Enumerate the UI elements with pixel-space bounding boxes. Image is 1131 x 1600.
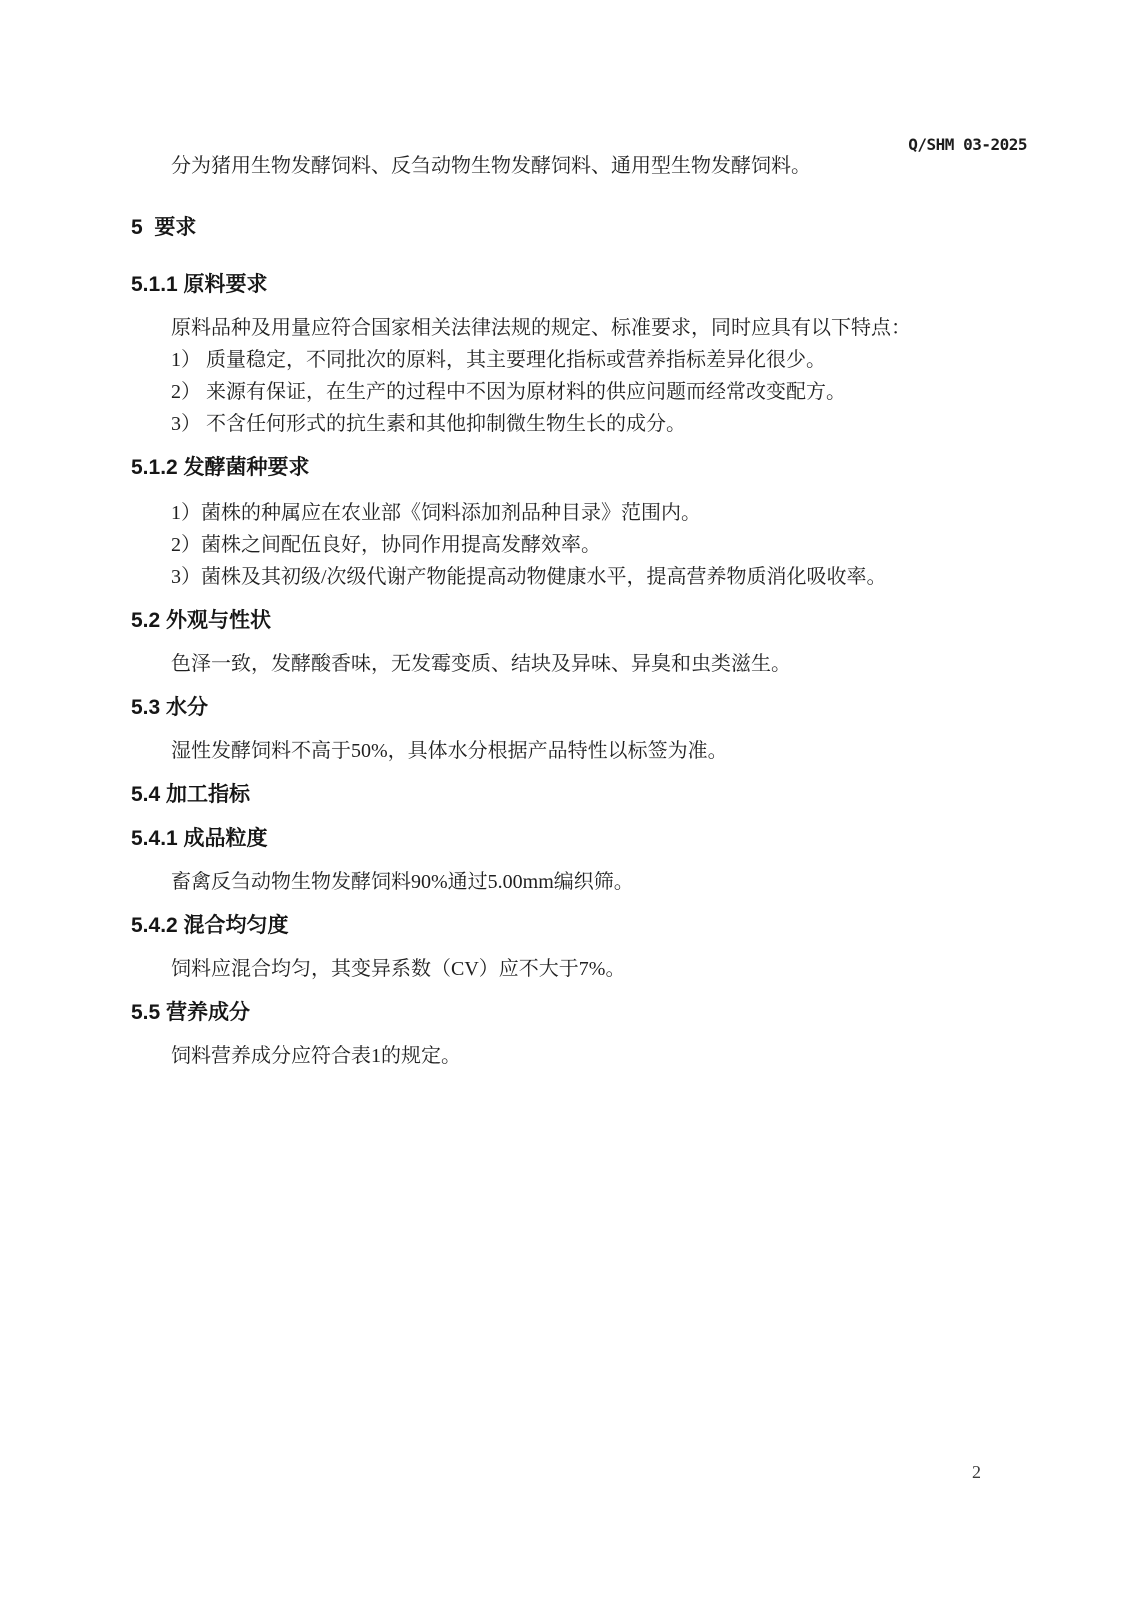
paragraph: 原料品种及用量应符合国家相关法律法规的规定、标准要求，同时应具有以下特点： [131,312,1007,344]
section-heading: 5.1.2 发酵菌种要求 [131,452,1007,484]
document-page: Q/SHM 03-2025 分为猪用生物发酵饲料、反刍动物生物发酵饲料、通用型生… [0,0,1131,1600]
paragraph: 饲料营养成分应符合表1的规定。 [131,1040,1007,1072]
list-item: 2） 来源有保证，在生产的过程中不因为原材料的供应问题而经常改变配方。 [131,376,1007,408]
section-heading: 5 要求 [131,212,1007,244]
page-number: 2 [972,1462,981,1483]
paragraph: 畜禽反刍动物生物发酵饲料90%通过5.00mm编织筛。 [131,866,1007,898]
section-heading: 5.4.2 混合均匀度 [131,910,1007,942]
section-heading: 5.1.1 原料要求 [131,269,1007,301]
list-item: 1） 质量稳定，不同批次的原料，其主要理化指标或营养指标差异化很少。 [131,344,1007,376]
paragraph: 分为猪用生物发酵饲料、反刍动物生物发酵饲料、通用型生物发酵饲料。 [131,150,1007,182]
list-item: 3）菌株及其初级/次级代谢产物能提高动物健康水平，提高营养物质消化吸收率。 [131,561,1007,593]
paragraph: 饲料应混合均匀，其变异系数（CV）应不大于7%。 [131,953,1007,985]
section-heading: 5.4 加工指标 [131,779,1007,811]
list-item: 2）菌株之间配伍良好，协同作用提高发酵效率。 [131,529,1007,561]
document-content: 分为猪用生物发酵饲料、反刍动物生物发酵饲料、通用型生物发酵饲料。5 要求5.1.… [131,150,1007,1072]
section-heading: 5.2 外观与性状 [131,605,1007,637]
section-heading: 5.3 水分 [131,692,1007,724]
list-item: 3） 不含任何形式的抗生素和其他抑制微生物生长的成分。 [131,408,1007,440]
section-heading: 5.5 营养成分 [131,997,1007,1029]
list-item: 1）菌株的种属应在农业部《饲料添加剂品种目录》范围内。 [131,497,1007,529]
paragraph: 湿性发酵饲料不高于50%，具体水分根据产品特性以标签为准。 [131,735,1007,767]
section-heading: 5.4.1 成品粒度 [131,823,1007,855]
paragraph: 色泽一致，发酵酸香味，无发霉变质、结块及异味、异臭和虫类滋生。 [131,648,1007,680]
